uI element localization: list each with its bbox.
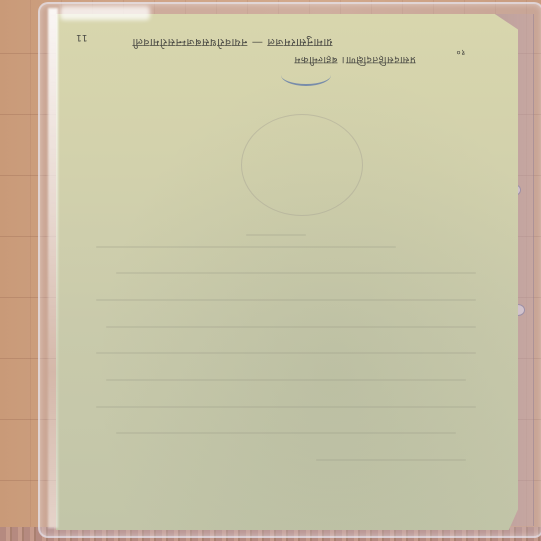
- document-page: 11 ग्रामानुसारमजल — नयावरोधसबजम्नसरोमावल…: [56, 14, 518, 530]
- handwritten-line-3: १०: [456, 47, 465, 58]
- sleeve-glare: [48, 8, 58, 528]
- sleeve-glare: [60, 6, 150, 20]
- bleed-through-text: [116, 432, 456, 434]
- stamp-circle-icon: [241, 114, 363, 216]
- bleed-through-text: [106, 326, 476, 328]
- page-number: 11: [76, 32, 87, 42]
- bleed-through-text: [316, 459, 466, 461]
- bleed-through-text: [96, 299, 476, 301]
- handwritten-line-1: ग्रामानुसारमजल — नयावरोधसबजम्नसरोमावली: [132, 35, 332, 50]
- bleed-through-text: [106, 379, 466, 381]
- bleed-through-text: [116, 272, 476, 274]
- bleed-through-text: [246, 234, 306, 236]
- bleed-through-text: [96, 406, 476, 408]
- bleed-through-text: [96, 352, 476, 354]
- bleed-through-text: [96, 246, 396, 248]
- blue-ink-mark: [281, 64, 331, 86]
